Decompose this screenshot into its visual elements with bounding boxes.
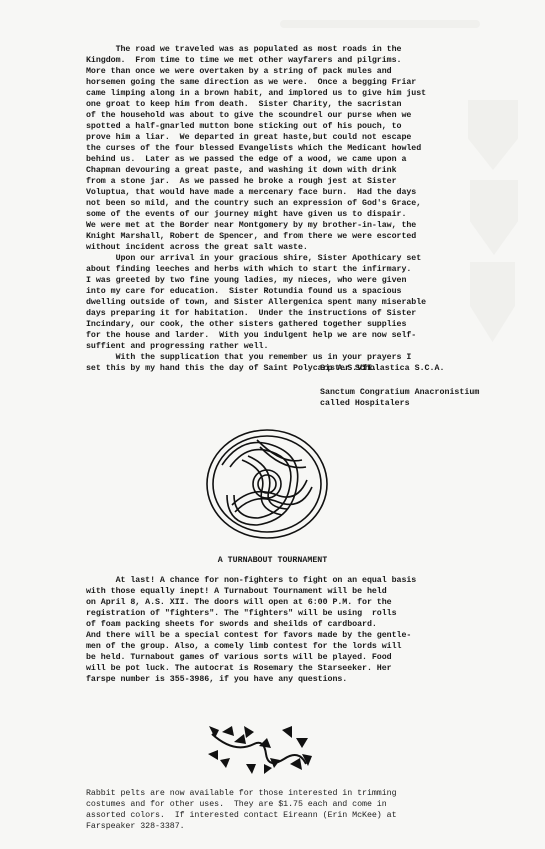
tournament-heading: A TURNABOUT TOURNAMENT	[0, 556, 545, 565]
bleed-through-shield	[470, 262, 515, 342]
letter-paragraph-1: The road we traveled was as populated as…	[86, 45, 426, 252]
letter-paragraph-2: Upon our arrival in your gracious shire,…	[86, 254, 426, 351]
signature: Sister Scholastica S.C.A.	[320, 363, 444, 374]
bleed-through-shield	[470, 180, 518, 255]
document-page: The road we traveled was as populated as…	[0, 0, 545, 849]
rabbit-pelts-notice: Rabbit pelts are now available for those…	[86, 788, 466, 832]
vine-scroll-icon	[204, 724, 314, 776]
bleed-through-shape	[280, 20, 480, 28]
tournament-body: At last! A chance for non-fighters to fi…	[86, 575, 466, 685]
celtic-knot-icon	[202, 425, 332, 543]
order-name: Sanctum Congratium Anacronistium called …	[320, 387, 479, 409]
letter-body: The road we traveled was as populated as…	[86, 44, 466, 374]
bleed-through-shield	[468, 100, 518, 170]
